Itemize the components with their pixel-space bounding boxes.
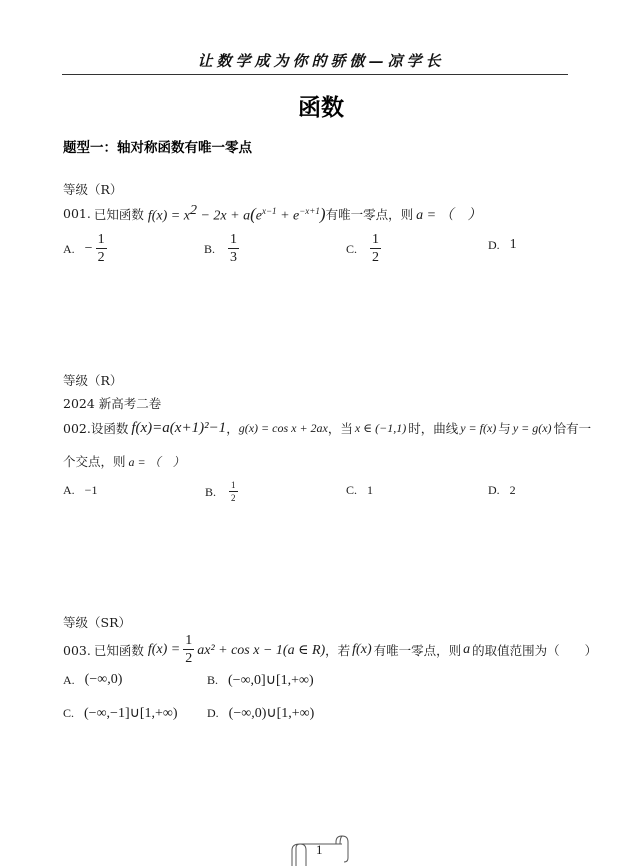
option-sign: − bbox=[85, 241, 93, 257]
stem-text: 设函数 bbox=[91, 419, 129, 437]
stem-formula: f(x) = x2 − 2x + a(ex−1 + e−x+1) bbox=[148, 203, 326, 225]
question-source: 2024 新高考二卷 bbox=[63, 394, 161, 412]
stem-text: ，当 bbox=[328, 419, 353, 437]
page-number-scroll: 1 bbox=[288, 832, 350, 866]
option-b[interactable]: B. 13 bbox=[204, 233, 242, 265]
f-ref: f(x) bbox=[352, 642, 371, 658]
question-number: 003. bbox=[63, 643, 91, 658]
question-level: 等级（R） bbox=[63, 371, 122, 389]
stem-text: 与 bbox=[498, 419, 511, 437]
option-d[interactable]: D. (−∞,0)∪[1,+∞) bbox=[207, 705, 314, 722]
domain: x ∈ (−1,1) bbox=[355, 421, 406, 436]
option-value: (−∞,−1]∪[1,+∞) bbox=[84, 705, 178, 722]
option-label: D. bbox=[488, 238, 500, 253]
question-stem: 002. 设函数 f(x)=a(x+1)²−1 ， g(x) = cos x +… bbox=[63, 419, 591, 437]
section-title: 题型一：轴对称函数有唯一零点 bbox=[63, 136, 252, 156]
option-label: C. bbox=[63, 706, 74, 721]
option-value: (−∞,0) bbox=[85, 672, 123, 688]
header-motto: 让数学成为你的骄傲—凉学长 bbox=[0, 50, 642, 71]
option-label: B. bbox=[207, 673, 218, 688]
f-definition: f(x)=a(x+1)²−1 bbox=[131, 420, 226, 437]
option-value: 1 bbox=[367, 483, 373, 498]
question-number: 001. bbox=[63, 206, 91, 221]
f-lhs: f(x) = bbox=[148, 642, 180, 658]
option-value: 12 bbox=[96, 233, 107, 265]
option-label: C. bbox=[346, 242, 357, 257]
option-value: (−∞,0)∪[1,+∞) bbox=[229, 705, 315, 722]
stem-text: 时，曲线 bbox=[408, 419, 458, 437]
option-value: 13 bbox=[228, 233, 239, 265]
option-b[interactable]: B. 12 bbox=[205, 481, 241, 503]
option-label: B. bbox=[205, 485, 216, 500]
option-label: A. bbox=[63, 673, 75, 688]
option-label: D. bbox=[488, 483, 500, 498]
stem-text: 的取值范围为（ ） bbox=[472, 641, 597, 659]
option-value: 2 bbox=[510, 483, 516, 498]
question-stem: 003. 已知函数 f(x) = 12 ax² + cos x − 1(a ∈ … bbox=[63, 634, 597, 666]
curve-2: y = g(x) bbox=[513, 421, 552, 436]
option-c[interactable]: C. (−∞,−1]∪[1,+∞) bbox=[63, 705, 178, 722]
option-d[interactable]: D. 1 bbox=[488, 237, 517, 253]
page-number: 1 bbox=[316, 842, 323, 858]
curve-1: y = f(x) bbox=[460, 421, 496, 436]
stem-text: 已知函数 bbox=[94, 641, 144, 659]
stem-text: 个交点，则 bbox=[63, 452, 126, 470]
option-value: 1 bbox=[510, 237, 517, 253]
option-value: (−∞,0]∪[1,+∞) bbox=[228, 672, 314, 689]
option-label: A. bbox=[63, 242, 75, 257]
option-label: D. bbox=[207, 706, 219, 721]
question-stem: 001. 已知函数 f(x) = x2 − 2x + a(ex−1 + e−x+… bbox=[63, 203, 482, 225]
stem-text: ， bbox=[226, 419, 239, 437]
option-d[interactable]: D. 2 bbox=[488, 483, 516, 498]
option-a[interactable]: A. (−∞,0) bbox=[63, 672, 122, 688]
g-definition: g(x) = cos x + 2ax bbox=[239, 421, 328, 436]
stem-text: 有唯一零点，则 bbox=[326, 205, 414, 223]
stem-text: 有唯一零点，则 bbox=[374, 641, 462, 659]
stem-text: 已知函数 bbox=[94, 205, 144, 223]
option-label: A. bbox=[63, 483, 75, 498]
option-c[interactable]: C. 1 bbox=[346, 483, 373, 498]
var-a: a bbox=[463, 642, 470, 658]
option-b[interactable]: B. (−∞,0]∪[1,+∞) bbox=[207, 672, 314, 689]
f-rhs: ax² + cos x − 1(a ∈ R) bbox=[197, 642, 325, 659]
option-label: C. bbox=[346, 483, 357, 498]
header-divider bbox=[62, 74, 568, 75]
stem-ask: a = （ ） bbox=[129, 453, 185, 470]
option-a[interactable]: A. − 12 bbox=[63, 233, 110, 265]
stem-text: ，若 bbox=[325, 641, 350, 659]
question-level: 等级（R） bbox=[63, 180, 122, 198]
stem-text: 恰有一 bbox=[554, 419, 592, 437]
option-label: B. bbox=[204, 242, 215, 257]
question-number: 002. bbox=[63, 421, 91, 436]
option-a[interactable]: A. −1 bbox=[63, 483, 97, 498]
option-value: −1 bbox=[85, 483, 98, 498]
page-title: 函数 bbox=[0, 89, 642, 122]
fraction-half: 12 bbox=[183, 634, 194, 666]
option-value: 12 bbox=[370, 233, 381, 265]
question-level: 等级（SR） bbox=[63, 613, 131, 631]
option-value: 12 bbox=[229, 481, 238, 503]
question-stem-line2: 个交点，则 a = （ ） bbox=[63, 452, 185, 470]
stem-ask: a = （ ） bbox=[416, 204, 481, 224]
option-c[interactable]: C. 12 bbox=[346, 233, 384, 265]
